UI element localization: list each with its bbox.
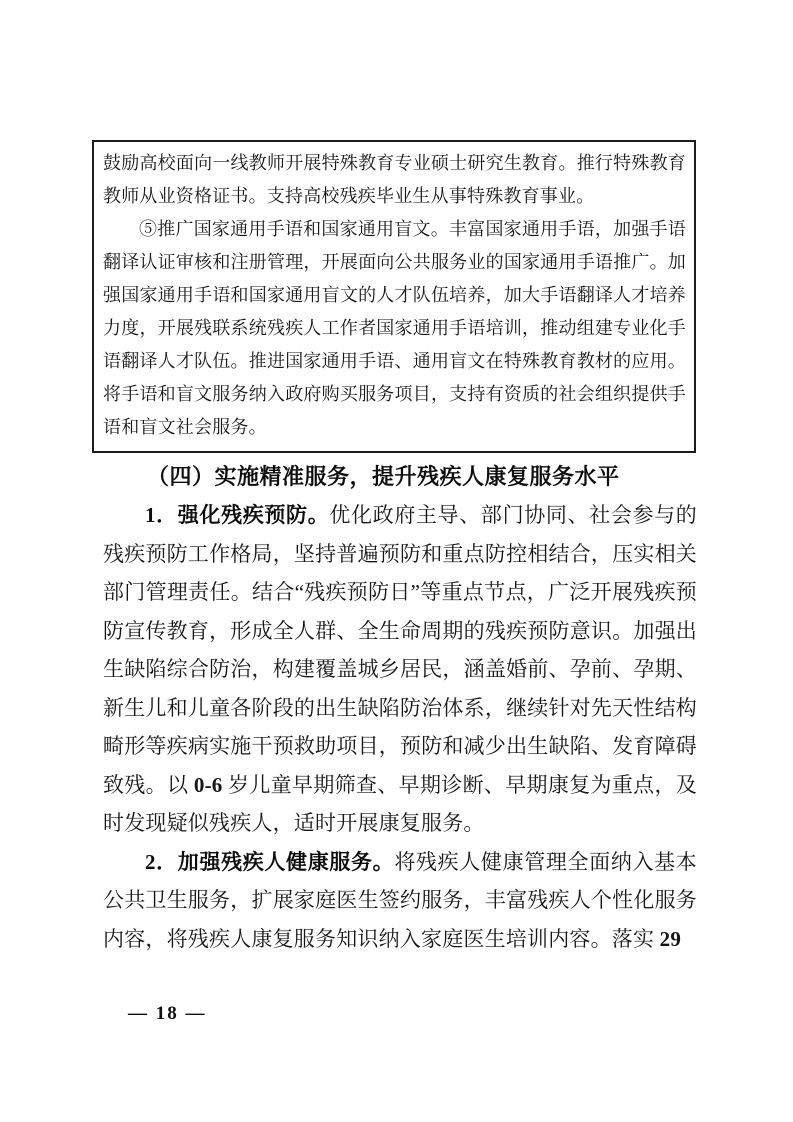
document-page: 鼓励高校面向一线教师开展特殊教育专业硕士研究生教育。推行特殊教育教师从业资格证书… <box>0 0 793 1122</box>
callout-paragraph-item5: ⑤推广国家通用手语和国家通用盲文。丰富国家通用手语，加强手语翻译认证审核和注册管… <box>103 213 686 444</box>
callout-paragraph-continuation: 鼓励高校面向一线教师开展特殊教育专业硕士研究生教育。推行特殊教育教师从业资格证书… <box>103 147 686 213</box>
boxed-callout: 鼓励高校面向一线教师开展特殊教育专业硕士研究生教育。推行特殊教育教师从业资格证书… <box>92 140 696 453</box>
page-number: — 18 — <box>128 1003 207 1025</box>
section-heading: （四）实施精准服务，提升残疾人康复服务水平 <box>103 458 697 495</box>
paragraph-1-body: 优化政府主导、部门协同、社会参与的残疾预防工作格局，坚持普遍预防和重点防控相结合… <box>103 503 697 835</box>
numbered-paragraph-2: 2．加强残疾人健康服务。将残疾人健康管理全面纳入基本公共卫生服务，扩展家庭医生签… <box>103 843 697 959</box>
paragraph-1-lead: 1．强化残疾预防。 <box>145 503 329 527</box>
paragraph-2-lead: 2．加强残疾人健康服务。 <box>145 850 394 874</box>
numbered-paragraph-1: 1．强化残疾预防。优化政府主导、部门协同、社会参与的残疾预防工作格局，坚持普遍预… <box>103 496 697 843</box>
section-body: （四）实施精准服务，提升残疾人康复服务水平 1．强化残疾预防。优化政府主导、部门… <box>103 458 697 958</box>
